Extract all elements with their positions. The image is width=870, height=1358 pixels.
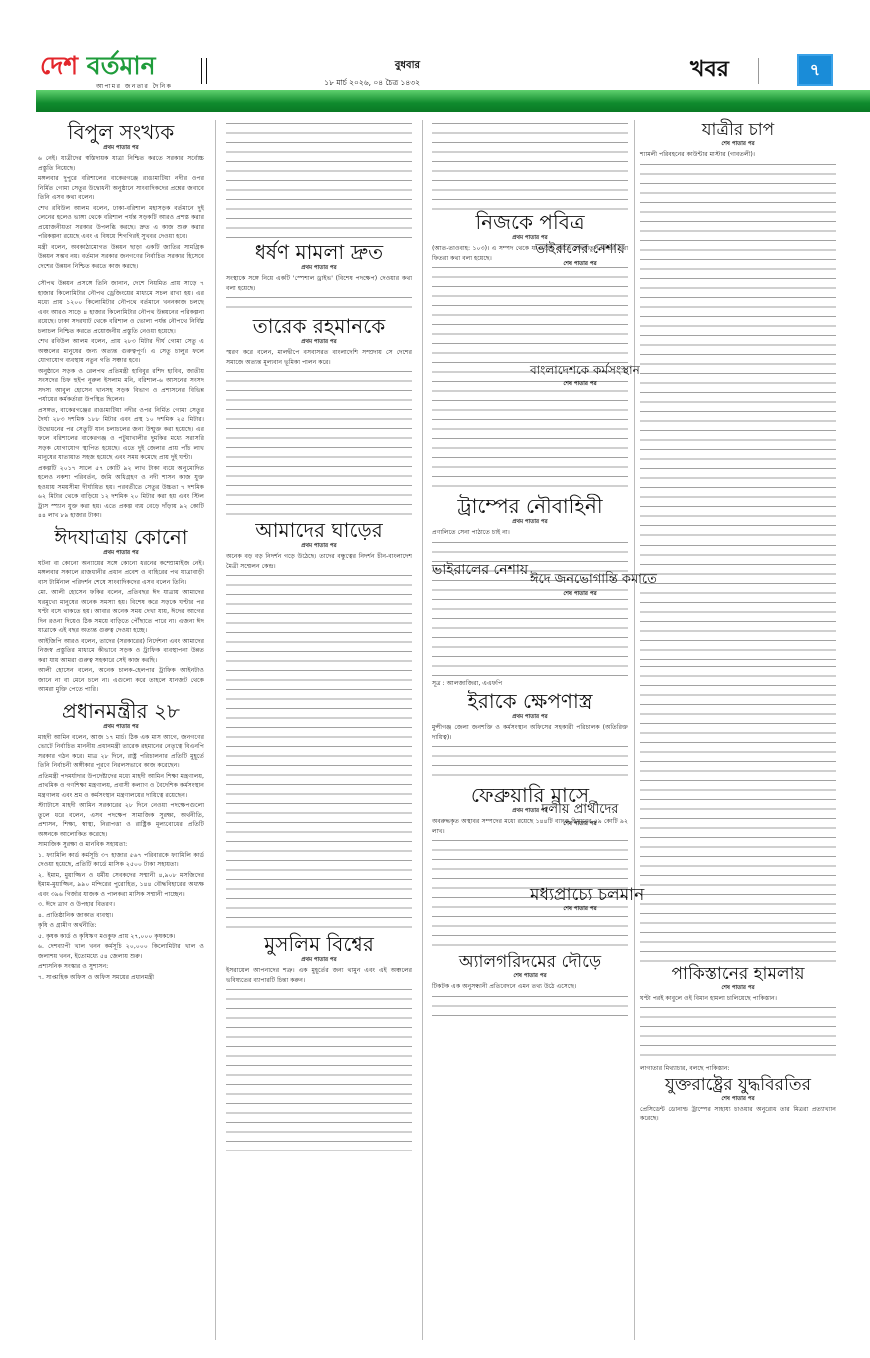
continued-label: প্রথম পাতার পর (432, 713, 628, 721)
article-bangladesh-employment[interactable]: ভাইরালের নেশায় শেষ পাতার পর (530, 240, 630, 270)
headline: মধ্যপ্রাচ্যে চলমান (530, 885, 630, 905)
paragraph: সামাজিক সুরক্ষা ও মানবিক সহায়তা: (38, 840, 204, 850)
continued-label: শেষ পাতার পর (640, 1095, 836, 1103)
continued-label: শেষ পাতার পর (530, 590, 630, 598)
logo-word-desh: দেশ (40, 51, 78, 80)
column-rule (634, 120, 635, 1340)
article-iraq-missile[interactable]: ইরাকে ক্ষেপণাস্ত্র প্রথম পাতার পর মুন্সী… (432, 689, 628, 783)
paragraph: স্মরণ করে বলেন, মালদ্বীপে বসবাসরত বাংলাদ… (226, 348, 412, 367)
section-divider (758, 58, 762, 84)
continued-label: শেষ পাতার পর (530, 820, 630, 828)
headline: ভাইরালের নেশায় (530, 240, 630, 260)
article-biplul[interactable]: বিপুল সংখ্যক প্রথম পাতার পর ৬ নেই। যাত্র… (38, 120, 204, 521)
paragraph: টিকটক এক অনুসন্ধানী প্রতিবেদনে এমন তথ্য … (432, 982, 628, 992)
headline: বিপুল সংখ্যক (38, 120, 204, 144)
paragraph: প্রকল্পটি ২০১৭ সালে ৫৭ কোটি ৯২ লাখ টাকা … (38, 464, 204, 521)
paragraph: ৭. সাপ্তাহিক অফিস ও অফিস সময়ের প্রধানমন… (38, 973, 204, 983)
article-pm-28[interactable]: প্রধানমন্ত্রীর ২৮ প্রথম পাতার পর মাহদী আ… (38, 699, 204, 983)
continued-label: প্রথম পাতার পর (38, 723, 204, 731)
article-us-ceasefire[interactable]: পাকিস্তানের হামলায় শেষ পাতার পর ঘণ্টা প… (640, 964, 836, 1074)
issue-date: ১৮ মার্চ ২০২৬, ০৪ চৈত্র ১৪৩২ (300, 78, 420, 90)
paragraph: ৬ নেই। যাত্রীদের স্বস্তিদায়ক যাত্রা নিশ… (38, 154, 204, 173)
headline: তারেক রহমানকে (226, 314, 412, 338)
paragraph: প্রশাসনিক সংস্কার ও সুশাসন: (38, 962, 204, 972)
continued-label: শেষ পাতার পর (640, 140, 836, 148)
continued-label: শেষ পাতার পর (530, 260, 630, 268)
paragraph: প্রসঙ্গত, বাকেরগঞ্জের রাঙামাটিয়া নদীর ও… (38, 406, 204, 463)
column-4: যাত্রীর চাপ শেষ পাতার পর শ্যামলী পরিবহনে… (640, 120, 836, 1350)
paragraph: আইজিপি আরও বলেন, তাদের (সরকারের) নির্দেশ… (38, 637, 204, 666)
paragraph: মঙ্গলবার দুপুরে বরিশালের বাকেরগঞ্জে রাঙা… (38, 174, 204, 203)
header-green-bar (36, 90, 870, 112)
headline: ধর্ষণ মামলা দ্রুত (226, 240, 412, 264)
column-rule (215, 120, 216, 1340)
paragraph: ইসরায়েল আপনাদের শত্রু। এক মুহূর্তের জন্… (226, 966, 412, 985)
article-eid-journey[interactable]: ঈদযাত্রায় কোনো প্রথম পাতার পর ঘটনা বা ক… (38, 525, 204, 695)
article-nijeke-pobitro[interactable]: নিজকে পবিত্র প্রথম পাতার পর (আত-তাওবাহ: … (432, 120, 628, 494)
article-eid-crowd[interactable]: বাংলাদেশকে কর্মসংস্থান শেষ পাতার পর (530, 360, 630, 390)
masthead-divider (201, 58, 207, 84)
paragraph: ৩. ঈদে ত্রাণ ও উপহার বিতরণ। (38, 900, 204, 910)
headline: যাত্রীর চাপ (640, 120, 836, 140)
article-cabinet-approval[interactable]: যুক্তরাষ্ট্রের যুদ্ধবিরতির শেষ পাতার পর … (640, 1075, 836, 1124)
continued-label: প্রথম পাতার পর (432, 518, 628, 526)
continued-label: প্রথম পাতার পর (226, 542, 412, 550)
column-3: নিজকে পবিত্র প্রথম পাতার পর (আত-তাওবাহ: … (432, 120, 628, 1350)
paragraph: মাহদী আমিন বলেন, আজ ১৭ মার্চ। ঠিক এক মাস… (38, 733, 204, 771)
article-party-candidates[interactable]: ঈদে জনভোগান্তি কমাতে শেষ পাতার পর (530, 570, 630, 600)
paragraph: প্রেসিডেন্ট ডোনাল্ড ট্রাম্পের সাহায্য চা… (640, 1105, 836, 1124)
article-continuation (226, 120, 412, 240)
headline: মুসলিম বিশ্বের (226, 932, 412, 956)
headline: ঈদযাত্রায় কোনো (38, 525, 204, 549)
headline: বাংলাদেশকে কর্মসংস্থান (530, 360, 630, 380)
continued-label: প্রথম পাতার পর (226, 956, 412, 964)
continued-label: শেষ পাতার পর (530, 905, 630, 913)
masthead: দেশ বর্তমান আপামর জনতার দৈনিক বুধবার ১৮ … (0, 0, 870, 90)
paragraph: ঘটনা বা কোনো অন্যায়ের সঙ্গে কোনো ধরনের … (38, 559, 204, 588)
source-credit: লাগাতার মিথ্যাচার, বলছে পাকিস্তান: (640, 1064, 836, 1074)
continued-label: শেষ পাতার পর (640, 984, 836, 992)
date-block: বুধবার ১৮ মার্চ ২০২৬, ০৪ চৈত্র ১৪৩২ (300, 58, 420, 90)
paragraph: সৌপথ উন্নয়ন প্রসঙ্গে তিনি জানান, দেশে ন… (38, 279, 204, 336)
source-credit: সূত্র : আলজাজিরা, এএফপি (432, 679, 628, 689)
section-title: খবর (690, 52, 729, 89)
article-amader-ghare[interactable]: আমাদের ঘাড়ের প্রথম পাতার পর অনেক বড় বড… (226, 518, 412, 932)
paragraph: প্রণালিতে সেনা পাঠাতে চাই না। (432, 528, 628, 538)
continued-label: প্রথম পাতার পর (38, 144, 204, 152)
continued-label: প্রথম পাতার পর (226, 264, 412, 272)
headline: অ্যালগরিদমের দৌড়ে (432, 952, 628, 972)
article-passenger-pressure[interactable]: মধ্যপ্রাচ্যে চলমান শেষ পাতার পর (530, 885, 630, 915)
headline: যুক্তরাষ্ট্রের যুদ্ধবিরতির (640, 1075, 836, 1095)
headline: নিজকে পবিত্র (432, 210, 628, 234)
paragraph: ১. ফ্যামিলি কার্ড কর্মসূচি ৩৭ হাজার ৫৬৭ … (38, 851, 204, 870)
newspaper-logo[interactable]: দেশ বর্তমান (40, 52, 156, 82)
paragraph: অনুষ্ঠানে সড়ক ও রেলপথ প্রতিমন্ত্রী হাবি… (38, 367, 204, 405)
page-number-badge: ৭ (797, 54, 833, 86)
paragraph: অনেক বড় বড় নিদর্শন গড়ে উঠেছে। তাদের ব… (226, 552, 412, 571)
logo-word-bortoman: বর্তমান (87, 51, 156, 80)
headline: ঈদে জনভোগান্তি কমাতে (530, 570, 630, 590)
paragraph: শ্যামলী পরিবহনের কাউন্টার মাস্টার (গাবতল… (640, 150, 836, 160)
paragraph: শেখ রবিউল আলম বলেন, ঢাকা-বরিশাল মহাসড়ক … (38, 204, 204, 242)
article-pakistan-attack[interactable]: যাত্রীর চাপ শেষ পাতার পর শ্যামলী পরিবহনে… (640, 120, 836, 963)
continued-label: শেষ পাতার পর (530, 380, 630, 388)
headline: ভাইরালের নেশায় (430, 560, 530, 580)
article-rape-case[interactable]: ধর্ষণ মামলা দ্রুত প্রথম পাতার পর সংস্থাক… (226, 240, 412, 314)
column-1: বিপুল সংখ্যক প্রথম পাতার পর ৬ নেই। যাত্র… (38, 120, 204, 983)
paragraph: সংস্থাকে সঙ্গে নিয়ে একটি 'স্পেশাল ড্রাই… (226, 274, 412, 293)
paragraph: শেখ রবিউল আলম বলেন, প্রায় ২৮৩ মিটার দীর… (38, 337, 204, 366)
continued-label: প্রথম পাতার পর (226, 338, 412, 346)
article-middle-east[interactable]: দলীয় প্রার্থীদের শেষ পাতার পর (530, 800, 630, 830)
headline: আমাদের ঘাড়ের (226, 518, 412, 542)
paragraph: মুন্সীগঞ্জ জেলা জনশক্তি ও কর্মসংস্থান অফ… (432, 723, 628, 742)
paragraph: মন্ত্রী বলেন, অবকাঠামোগত উন্নয়ন ছাড়া এ… (38, 243, 204, 272)
paragraph: ৬. দেশব্যাপী খাল খনন কর্মসূচি ২০,০০০ কিল… (38, 942, 204, 961)
article-viral-nesha[interactable]: ভাইরালের নেশায় (430, 560, 530, 580)
paragraph: আলী হোসেন বলেন, অনেক চালক-হেলপার ট্রাফিক… (38, 666, 204, 695)
paragraph: স্ট্যাটাসে মাহদী আমিন সরকারের ২৮ দিনে নে… (38, 801, 204, 839)
article-algorithm-race[interactable]: অ্যালগরিদমের দৌড়ে শেষ পাতার পর টিকটক এক… (432, 952, 628, 1023)
paragraph: ঘণ্টা পরই কাবুলে ওই বিমান হামলা চালিয়েছ… (640, 994, 836, 1004)
column-2: ধর্ষণ মামলা দ্রুত প্রথম পাতার পর সংস্থাক… (226, 120, 412, 1350)
article-muslim-world[interactable]: মুসলিম বিশ্বের প্রথম পাতার পর ইসরায়েল আ… (226, 932, 412, 1151)
headline: ইরাকে ক্ষেপণাস্ত্র (432, 689, 628, 713)
paragraph: ৪. প্রাতিষ্ঠানিক জাকাত ব্যবস্থা। (38, 911, 204, 921)
weekday: বুধবার (300, 58, 420, 75)
paragraph: ৫. কৃষক কার্ড ও কৃষিঋণ মওকুফ প্রায় ২৭,০… (38, 932, 204, 942)
continued-label: শেষ পাতার পর (432, 972, 628, 980)
paragraph: কৃষি ও গ্রামীণ অর্থনীতি: (38, 921, 204, 931)
headline: পাকিস্তানের হামলায় (640, 964, 836, 984)
headline: দলীয় প্রার্থীদের (530, 800, 630, 820)
paragraph: ২. ইমাম, মুয়াজ্জিন ও ধর্মীয় সেবকদের সম… (38, 871, 204, 900)
paragraph: মো. আলী হোসেন ফকির বলেন, প্রতিবছর ঈদ যাত… (38, 588, 204, 636)
continued-label: প্রথম পাতার পর (38, 549, 204, 557)
headline: ট্রাম্পের নৌবাহিনী (432, 494, 628, 518)
headline: প্রধানমন্ত্রীর ২৮ (38, 699, 204, 723)
column-rule (422, 120, 423, 1340)
article-tarique[interactable]: তারেক রহমানকে প্রথম পাতার পর স্মরণ করে ব… (226, 314, 412, 518)
paragraph: প্রতিমন্ত্রী পদমর্যাদার উপদেষ্টাদের মধ্য… (38, 772, 204, 801)
